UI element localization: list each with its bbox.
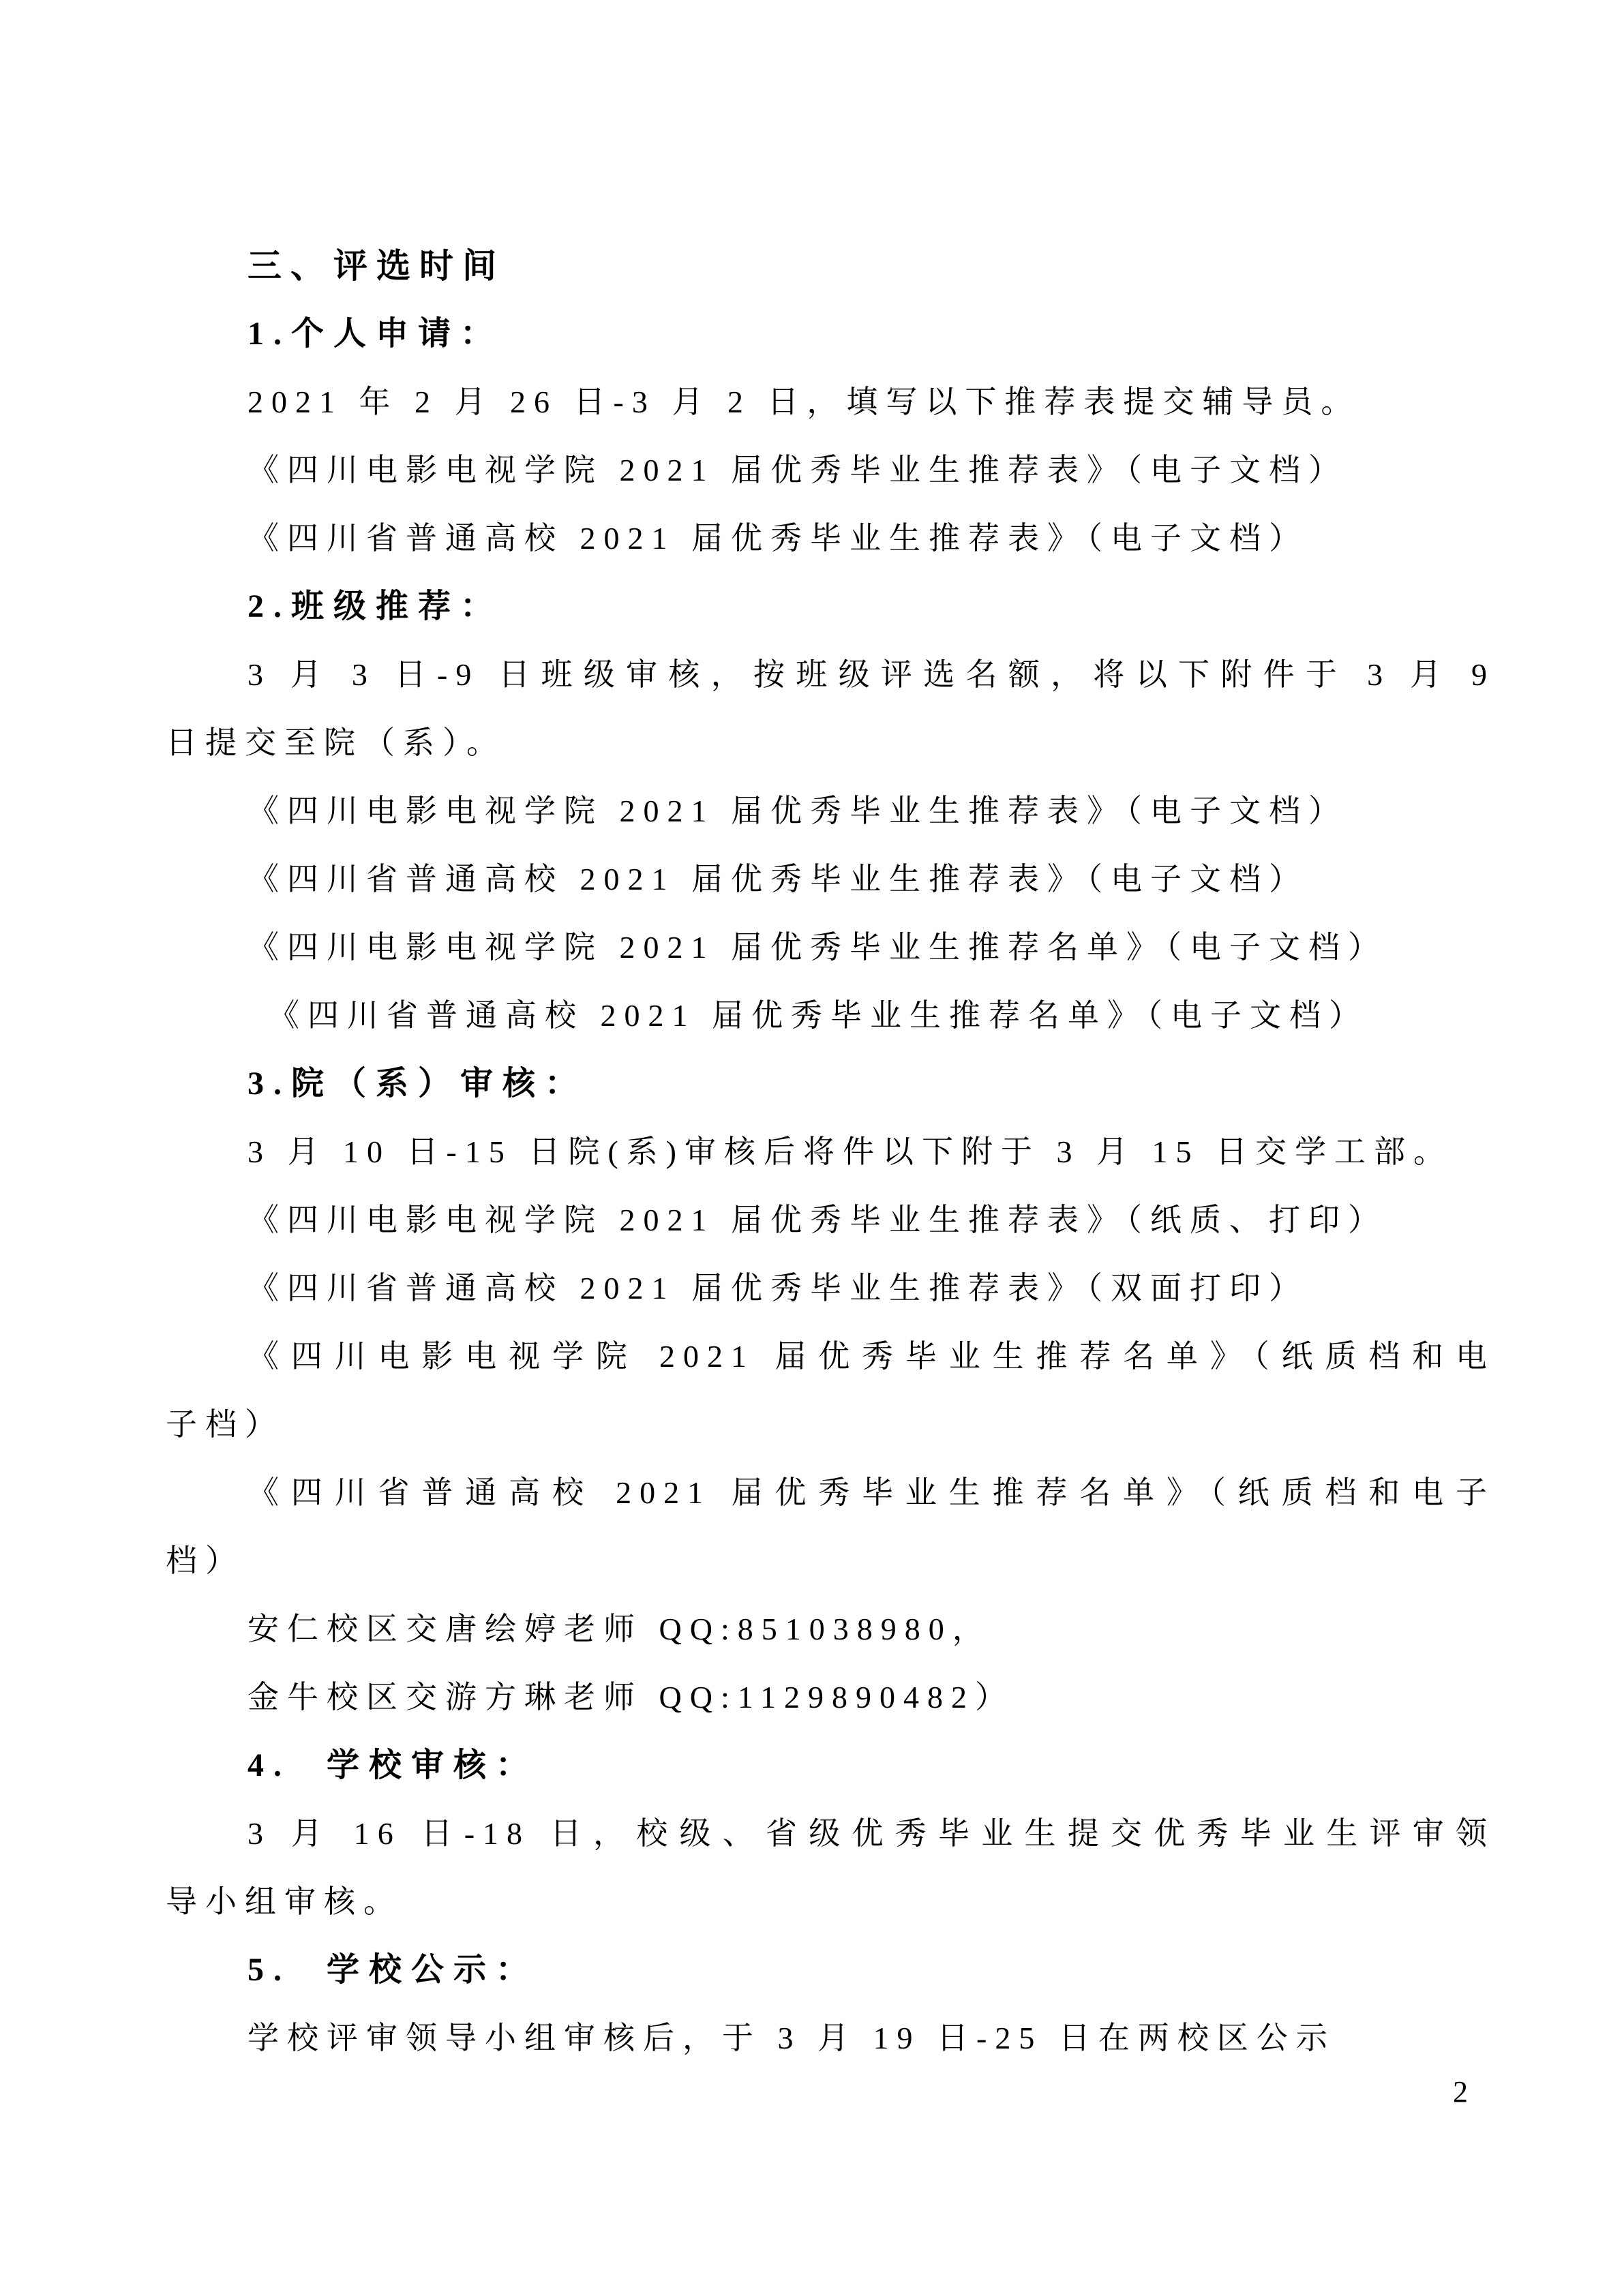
text-line: 3 月 16 日-18 日，校级、省级优秀毕业生提交优秀毕业生评审领	[166, 1800, 1495, 1868]
text-line: 3 月 10 日-15 日院(系)审核后将件以下附于 3 月 15 日交学工部。	[166, 1118, 1495, 1186]
subsection-heading: 5. 学校公示：	[166, 1936, 1495, 2004]
text-line: 《四川省普通高校 2021 届优秀毕业生推荐表》（电子文档）	[166, 504, 1495, 573]
text-line: 《四川省普通高校 2021 届优秀毕业生推荐表》（电子文档）	[166, 845, 1495, 913]
text-line: 安仁校区交唐绘婷老师 QQ:851038980，	[166, 1595, 1495, 1663]
text-line: 学校评审领导小组审核后，于 3 月 19 日-25 日在两校区公示	[166, 2004, 1495, 2072]
subsection-heading: 4. 学校审核：	[166, 1732, 1495, 1800]
subsection-heading: 3.院（系）审核：	[166, 1050, 1495, 1118]
text-line: 《四川电影电视学院 2021 届优秀毕业生推荐名单》（电子文档）	[166, 913, 1495, 982]
text-line: 《四川电影电视学院 2021 届优秀毕业生推荐表》（电子文档）	[166, 777, 1495, 845]
text-line: 《四川电影电视学院 2021 届优秀毕业生推荐表》（电子文档）	[166, 436, 1495, 504]
text-line: 《四川省普通高校 2021 届优秀毕业生推荐名单》（电子文档）	[166, 982, 1495, 1050]
text-line: 日提交至院（系）。	[166, 709, 1495, 777]
text-line: 子档）	[166, 1391, 1495, 1459]
text-line: 金牛校区交游方琳老师 QQ:1129890482）	[166, 1663, 1495, 1732]
text-line: 《四川省普通高校 2021 届优秀毕业生推荐表》（双面打印）	[166, 1254, 1495, 1323]
document-page: 三、评选时间 1.个人申请： 2021 年 2 月 26 日-3 月 2 日，填…	[0, 0, 1624, 2296]
page-number: 2	[1453, 2075, 1468, 2109]
section-heading: 三、评选时间	[166, 232, 1495, 300]
text-line: 《四川电影电视学院 2021 届优秀毕业生推荐表》（纸质、打印）	[166, 1186, 1495, 1254]
document-body: 三、评选时间 1.个人申请： 2021 年 2 月 26 日-3 月 2 日，填…	[166, 232, 1495, 2072]
text-line: 档）	[166, 1527, 1495, 1595]
text-line: 《四川省普通高校 2021 届优秀毕业生推荐名单》（纸质档和电子	[166, 1459, 1495, 1527]
subsection-heading: 1.个人申请：	[166, 300, 1495, 368]
text-line: 导小组审核。	[166, 1868, 1495, 1936]
text-line: 3 月 3 日-9 日班级审核，按班级评选名额，将以下附件于 3 月 9	[166, 641, 1495, 709]
text-line: 2021 年 2 月 26 日-3 月 2 日，填写以下推荐表提交辅导员。	[166, 368, 1495, 436]
text-line: 《四川电影电视学院 2021 届优秀毕业生推荐名单》（纸质档和电	[166, 1323, 1495, 1391]
subsection-heading: 2.班级推荐：	[166, 573, 1495, 641]
